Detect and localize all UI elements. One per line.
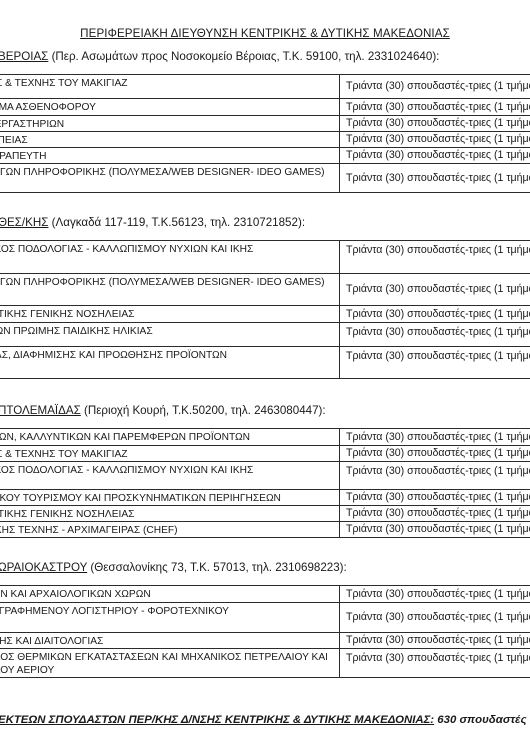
section-header-veroia: ΒΕΡΟΙΑΣ (Περ. Ασωμάτων προς Νοσοκομείο Β…	[0, 50, 439, 63]
table-row: ΥΣΕΙΩΝ ΚΑΙ ΑΡΧΑΙΟΛΟΓΙΚΩΝ ΧΩΡΩΝΤριάντα (3…	[0, 586, 530, 603]
section-header-ptolemaida: ΠΤΟΛΕΜΑΪΔΑΣ (Περιοχή Κουρή, Τ.Κ.50200, τ…	[0, 404, 326, 417]
capacity-cell: Τριάντα (30) σπουδαστές-τριες (1 τμήμα)	[340, 490, 530, 506]
table-row: ΚΟΘΕΡΑΠΕΥΤΗΤριάντα (30) σπουδαστές-τριες…	[0, 148, 530, 164]
specialty-cell: ΥΣΕΙΩΝ ΚΑΙ ΑΡΧΑΙΟΛΟΓΙΚΩΝ ΧΩΡΩΝ	[0, 586, 340, 603]
capacity-cell: Τριάντα (30) σπουδαστές-τριες (1 τμήμα)	[340, 506, 530, 522]
capacity-cell: Τριάντα (30) σπουδαστές-τριες (1 τμήμα)	[340, 649, 530, 678]
specialty-cell: ΘΕΡΑΠΕΙΑΣ	[0, 132, 340, 148]
table-row: ΓΕΙΡΙΚΗΣ ΤΕΧΝΗΣ - ΑΡΧΙΜΑΓΕΙΡΑΣ (CHEF)Τρι…	[0, 522, 530, 538]
school-name: ΠΤΟΛΕΜΑΪΔΑΣ	[0, 404, 81, 417]
section-header-thessaloniki: ΘΕΣ/ΚΗΣ (Λαγκαδά 117-119, Τ.Κ.56123, τηλ…	[0, 216, 305, 229]
table-row: ΙΤΙΚΗΣ & ΤΕΧΝΗΣ ΤΟΥ ΜΑΚΙΓΙΑΖΤριάντα (30)…	[0, 446, 530, 462]
courses-table-ptolemaida: ΡΜΑΚΩΝ, ΚΑΛΛΥΝΤΙΚΩΝ ΚΑΙ ΠΑΡΕΜΦΕΡΩΝ ΠΡΟΪΟ…	[0, 428, 530, 538]
capacity-cell: Τριάντα (30) σπουδαστές-τριες (1 τμήμα)	[340, 446, 530, 462]
specialty-cell: ΓΕΙΡΙΚΗΣ ΤΕΧΝΗΣ - ΑΡΧΙΜΑΓΕΙΡΑΣ (CHEF)	[0, 522, 340, 538]
table-row: ΡΜΑΚΩΝ, ΚΑΛΛΥΝΤΙΚΩΝ ΚΑΙ ΠΑΡΕΜΦΕΡΩΝ ΠΡΟΪΟ…	[0, 429, 530, 446]
table-row: ΚΩΝ ΕΡΓΑΣΤΗΡΙΩΝΤριάντα (30) σπουδαστές-τ…	[0, 116, 530, 132]
capacity-cell: Τριάντα (30) σπουδαστές-τριες (1 τμήμα)	[340, 99, 530, 116]
capacity-cell: Τριάντα (30) σπουδαστές-τριες (1 τμήμα)	[340, 116, 530, 132]
table-row: ΧΑΝΙΚΟΣ ΘΕΡΜΙΚΩΝ ΕΓΚΑΤΑΣΤΑΣΕΩΝ ΚΑΙ ΜΗΧΑΝ…	[0, 649, 530, 678]
capacity-cell: Τριάντα (30) σπουδαστές-τριες (1 τμήμα)	[340, 241, 530, 274]
specialty-cell: ΤΡΟΦΗΣ ΚΑΙ ΔΙΑΙΤΟΛΟΓΙΑΣ	[0, 633, 340, 649]
table-row: ΗΛΕΥΤΙΚΗΣ ΓΕΝΙΚΗΣ ΝΟΣΗΛΕΙΑΣΤριάντα (30) …	[0, 306, 530, 323]
school-address: (Περιοχή Κουρή, Τ.Κ.50200, τηλ. 24630804…	[81, 404, 326, 417]
table-row: ΤΡΟΦΗΣ ΚΑΙ ΔΙΑΙΤΟΛΟΓΙΑΣΤριάντα (30) σπου…	[0, 633, 530, 649]
capacity-cell: Τριάντα (30) σπουδαστές-τριες (1 τμήμα)	[340, 462, 530, 490]
specialty-cell: ΑΡΜΟΓΩΝ ΠΛΗΡΟΦΟΡΙΚΗΣ (ΠΟΛΥΜΕΣΑ/WEB DESIG…	[0, 274, 340, 306]
capacity-cell: Τριάντα (30) σπουδαστές-τριες (1 τμήμα)	[340, 347, 530, 379]
capacity-cell: Τριάντα (30) σπουδαστές-τριες (1 τμήμα)	[340, 603, 530, 633]
total-value: 630 σπουδαστές	[434, 714, 526, 726]
specialty-cell: ΑΡΜΟΓΩΝ ΠΛΗΡΟΦΟΡΙΚΗΣ (ΠΟΛΥΜΕΣΑ/WEB DESIG…	[0, 164, 340, 193]
school-name: ΘΕΣ/ΚΗΣ	[0, 216, 48, 229]
specialty-cell: ΛΗΡΩΜΑ ΑΣΘΕΝΟΦΟΡΟΥ	[0, 99, 340, 116]
school-name: ΒΕΡΟΙΑΣ	[0, 50, 48, 63]
specialty-cell: ΙΤΙΚΗΣ & ΤΕΧΝΗΣ ΤΟΥ ΜΑΚΙΓΙΑΖ	[0, 446, 340, 462]
capacity-cell: Τριάντα (30) σπουδαστές-τριες (1 τμήμα)	[340, 522, 530, 538]
specialty-cell: ΑΓΩΓΩΝ ΠΡΩΙΜΗΣ ΠΑΙΔΙΚΗΣ ΗΛΙΚΙΑΣ	[0, 323, 340, 347]
total-students: ΕΚΤΕΩΝ ΣΠΟΥΔΑΣΤΩΝ ΠΕΡ/ΚΗΣ Δ/ΝΣΗΣ ΚΕΝΤΡΙΚ…	[0, 714, 527, 726]
capacity-cell: Τριάντα (30) σπουδαστές-τριες (1 τμήμα)	[340, 633, 530, 649]
table-row: ΑΓΩΓΩΝ ΠΡΩΙΜΗΣ ΠΑΙΔΙΚΗΣ ΗΛΙΚΙΑΣΤριάντα (…	[0, 323, 530, 347]
table-row: ΘΗΤΙΚΟΣ ΠΟΔΟΛΟΓΙΑΣ - ΚΑΛΛΩΠΙΣΜΟΥ ΝΥΧΙΩΝ …	[0, 462, 530, 490]
capacity-cell: Τριάντα (30) σπουδαστές-τριες (1 τμήμα)	[340, 75, 530, 99]
capacity-cell: Τριάντα (30) σπουδαστές-τριες (1 τμήμα)	[340, 274, 530, 306]
school-address: (Περ. Ασωμάτων προς Νοσοκομείο Βέροιας, …	[48, 50, 439, 63]
capacity-cell: Τριάντα (30) σπουδαστές-τριες (1 τμήμα)	[340, 132, 530, 148]
courses-table-veroia: ΙΤΙΚΗΣ & ΤΕΧΝΗΣ ΤΟΥ ΜΑΚΙΓΙΑΖΤριάντα (30)…	[0, 74, 530, 193]
section-header-oraiokastro: ΩΡΑΙΟΚΑΣΤΡΟΥ (Θεσσαλονίκης 73, Τ.Κ. 5701…	[0, 561, 347, 574]
capacity-cell: Τριάντα (30) σπουδαστές-τριες (1 τμήμα)	[340, 429, 530, 446]
page-title: ΠΕΡΙΦΕΡΕΙΑΚΗ ΔΙΕΥΘΥΝΣΗ ΚΕΝΤΡΙΚΗΣ & ΔΥΤΙΚ…	[0, 27, 530, 40]
table-row: ΠΟΡΙΑΣ, ΔΙΑΦΗΜΙΣΗΣ ΚΑΙ ΠΡΟΩΘΗΣΗΣ ΠΡΟΪΟΝΤ…	[0, 347, 530, 379]
table-row: ΙΤΙΚΗΣ & ΤΕΧΝΗΣ ΤΟΥ ΜΑΚΙΓΙΑΖΤριάντα (30)…	[0, 75, 530, 99]
table-row: ΛΗΡΩΜΑ ΑΣΘΕΝΟΦΟΡΟΥΤριάντα (30) σπουδαστέ…	[0, 99, 530, 116]
specialty-cell: ΧΑΝΙΚΟΣ ΘΕΡΜΙΚΩΝ ΕΓΚΑΤΑΣΤΑΣΕΩΝ ΚΑΙ ΜΗΧΑΝ…	[0, 649, 340, 678]
specialty-cell: ΗΛΕΥΤΙΚΗΣ ΓΕΝΙΚΗΣ ΝΟΣΗΛΕΙΑΣ	[0, 506, 340, 522]
table-row: ΧΑΝΟΓΡΑΦΗΜΕΝΟΥ ΛΟΓΙΣΤΗΡΙΟΥ - ΦΟΡΟΤΕΧΝΙΚΟ…	[0, 603, 530, 633]
total-label: ΕΚΤΕΩΝ ΣΠΟΥΔΑΣΤΩΝ ΠΕΡ/ΚΗΣ Δ/ΝΣΗΣ ΚΕΝΤΡΙΚ…	[0, 714, 434, 726]
table-row: ΑΡΜΟΓΩΝ ΠΛΗΡΟΦΟΡΙΚΗΣ (ΠΟΛΥΜΕΣΑ/WEB DESIG…	[0, 274, 530, 306]
courses-table-oraiokastro: ΥΣΕΙΩΝ ΚΑΙ ΑΡΧΑΙΟΛΟΓΙΚΩΝ ΧΩΡΩΝΤριάντα (3…	[0, 585, 530, 678]
table-row: ΘΗΤΙΚΟΣ ΠΟΔΟΛΟΓΙΑΣ - ΚΑΛΛΩΠΙΣΜΟΥ ΝΥΧΙΩΝ …	[0, 241, 530, 274]
capacity-cell: Τριάντα (30) σπουδαστές-τριες (1 τμήμα)	[340, 164, 530, 193]
specialty-cell: ΚΕΥΤΙΚΟΥ ΤΟΥΡΙΣΜΟΥ ΚΑΙ ΠΡΟΣΚΥΝΗΜΑΤΙΚΩΝ Π…	[0, 490, 340, 506]
table-row: ΗΛΕΥΤΙΚΗΣ ΓΕΝΙΚΗΣ ΝΟΣΗΛΕΙΑΣΤριάντα (30) …	[0, 506, 530, 522]
table-row: ΘΕΡΑΠΕΙΑΣΤριάντα (30) σπουδαστές-τριες (…	[0, 132, 530, 148]
specialty-cell: ΧΑΝΟΓΡΑΦΗΜΕΝΟΥ ΛΟΓΙΣΤΗΡΙΟΥ - ΦΟΡΟΤΕΧΝΙΚΟ…	[0, 603, 340, 633]
capacity-cell: Τριάντα (30) σπουδαστές-τριες (1 τμήμα)	[340, 323, 530, 347]
specialty-cell: ΙΤΙΚΗΣ & ΤΕΧΝΗΣ ΤΟΥ ΜΑΚΙΓΙΑΖ	[0, 75, 340, 99]
specialty-cell: ΘΗΤΙΚΟΣ ΠΟΔΟΛΟΓΙΑΣ - ΚΑΛΛΩΠΙΣΜΟΥ ΝΥΧΙΩΝ …	[0, 241, 340, 274]
specialty-cell: ΗΛΕΥΤΙΚΗΣ ΓΕΝΙΚΗΣ ΝΟΣΗΛΕΙΑΣ	[0, 306, 340, 323]
school-name: ΩΡΑΙΟΚΑΣΤΡΟΥ	[0, 561, 87, 574]
table-row: ΑΡΜΟΓΩΝ ΠΛΗΡΟΦΟΡΙΚΗΣ (ΠΟΛΥΜΕΣΑ/WEB DESIG…	[0, 164, 530, 193]
specialty-cell: ΠΟΡΙΑΣ, ΔΙΑΦΗΜΙΣΗΣ ΚΑΙ ΠΡΟΩΘΗΣΗΣ ΠΡΟΪΟΝΤ…	[0, 347, 340, 379]
specialty-cell: ΚΟΘΕΡΑΠΕΥΤΗ	[0, 148, 340, 164]
capacity-cell: Τριάντα (30) σπουδαστές-τριες (1 τμήμα)	[340, 306, 530, 323]
capacity-cell: Τριάντα (30) σπουδαστές-τριες (1 τμήμα)	[340, 148, 530, 164]
specialty-cell: ΡΜΑΚΩΝ, ΚΑΛΛΥΝΤΙΚΩΝ ΚΑΙ ΠΑΡΕΜΦΕΡΩΝ ΠΡΟΪΟ…	[0, 429, 340, 446]
specialty-cell: ΚΩΝ ΕΡΓΑΣΤΗΡΙΩΝ	[0, 116, 340, 132]
school-address: (Λαγκαδά 117-119, Τ.Κ.56123, τηλ. 231072…	[48, 216, 305, 229]
courses-table-thessaloniki: ΘΗΤΙΚΟΣ ΠΟΔΟΛΟΓΙΑΣ - ΚΑΛΛΩΠΙΣΜΟΥ ΝΥΧΙΩΝ …	[0, 240, 530, 379]
table-row: ΚΕΥΤΙΚΟΥ ΤΟΥΡΙΣΜΟΥ ΚΑΙ ΠΡΟΣΚΥΝΗΜΑΤΙΚΩΝ Π…	[0, 490, 530, 506]
capacity-cell: Τριάντα (30) σπουδαστές-τριες (1 τμήμα)	[340, 586, 530, 603]
specialty-cell: ΘΗΤΙΚΟΣ ΠΟΔΟΛΟΓΙΑΣ - ΚΑΛΛΩΠΙΣΜΟΥ ΝΥΧΙΩΝ …	[0, 462, 340, 490]
school-address: (Θεσσαλονίκης 73, Τ.Κ. 57013, τηλ. 23106…	[87, 561, 347, 574]
